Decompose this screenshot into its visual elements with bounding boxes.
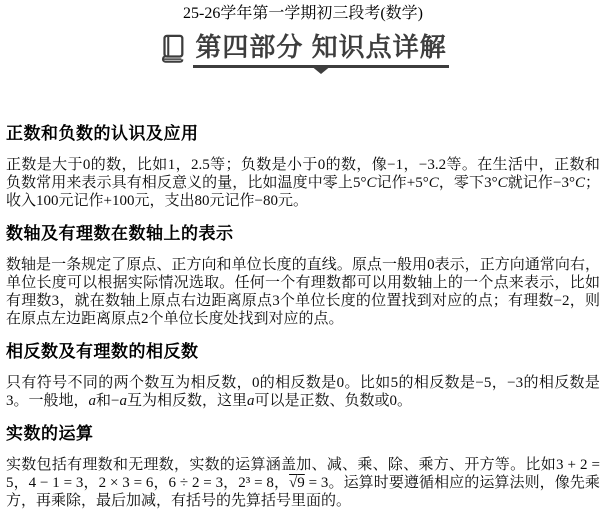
text-run: 实数包括有理数和无理数，实数的运算涵盖加、减、乘、除、乘方、开方等。比如 bbox=[6, 457, 556, 473]
math-run: 2 bbox=[141, 311, 149, 327]
knowledge-points-content: 正数和负数的认识及应用 正数是大于0的数，比如1，2.5等；负数是小于0的数，像… bbox=[6, 125, 600, 510]
text-run: 的数，像 bbox=[325, 157, 387, 173]
math-run: 2.5 bbox=[191, 157, 210, 173]
text-run: ， bbox=[223, 475, 238, 491]
math-run: 100 bbox=[36, 193, 59, 209]
text-run: ， bbox=[274, 475, 289, 491]
text-run: 的相反数是 bbox=[523, 375, 600, 391]
math-run: +100 bbox=[104, 193, 135, 209]
math-run: −2 bbox=[554, 293, 570, 309]
math-run: a bbox=[120, 393, 128, 409]
math-run: +5° bbox=[407, 175, 429, 191]
math-run: 2 × 3 = 6 bbox=[99, 475, 154, 491]
text-run: ，零下 bbox=[439, 175, 484, 191]
document-page: 25-26学年第一学期初三段考(数学) 第四部分 知识点详解 正数和负数的认识及… bbox=[0, 0, 606, 511]
math-run: −5 bbox=[475, 375, 491, 391]
math-run: − bbox=[111, 393, 119, 409]
section-heading: 正数和负数的认识及应用 bbox=[6, 125, 600, 143]
text-run: 数轴是一条规定了原点、正方向和单位长度的直线。原点一般用 bbox=[6, 257, 427, 273]
section-heading: 实数的运算 bbox=[6, 425, 600, 443]
math-run: 3 bbox=[52, 293, 60, 309]
math-run: a bbox=[247, 393, 255, 409]
down-triangle-icon bbox=[310, 65, 332, 74]
math-run: 80 bbox=[195, 193, 210, 209]
math-run: 3 bbox=[272, 293, 280, 309]
text-run: ， bbox=[14, 475, 29, 491]
section-opposite-numbers: 相反数及有理数的相反数 只有符号不同的两个数互为相反数，0的相反数是0。比如5的… bbox=[6, 343, 600, 410]
text-run: 和 bbox=[96, 393, 111, 409]
book-icon bbox=[157, 33, 187, 65]
text-run: 正数是大于 bbox=[6, 157, 83, 173]
text-run: 等；负数是小于 bbox=[210, 157, 318, 173]
part-header: 第四部分 知识点详解 bbox=[6, 32, 600, 68]
math-run: 4 − 1 = 3 bbox=[29, 475, 84, 491]
math-run: = 3 bbox=[305, 475, 329, 491]
text-run: 元，支出 bbox=[135, 193, 195, 209]
section-paragraph: 实数包括有理数和无理数，实数的运算涵盖加、减、乘、除、乘方、开方等。比如3 + … bbox=[6, 456, 600, 510]
text-run: 元记作 bbox=[210, 193, 255, 209]
math-run: C bbox=[575, 175, 585, 191]
section-heading: 数轴及有理数在数轴上的表示 bbox=[6, 225, 600, 243]
math-run: a bbox=[89, 393, 97, 409]
text-run: 可以是正数、负数或 bbox=[255, 393, 390, 409]
text-run: 元记作 bbox=[59, 193, 104, 209]
math-run: 9 bbox=[289, 475, 305, 491]
math-run: 3° bbox=[484, 175, 498, 191]
math-run: 6 ÷ 2 = 3 bbox=[169, 475, 224, 491]
math-run: −3.2 bbox=[419, 157, 446, 173]
part-title-block: 第四部分 知识点详解 bbox=[193, 32, 448, 68]
section-paragraph: 正数是大于0的数，比如1，2.5等；负数是小于0的数，像−1，−3.2等。在生活… bbox=[6, 156, 600, 210]
text-run: 个单位长度的位置找到对应的点；有理数 bbox=[280, 293, 554, 309]
doc-title: 25-26学年第一学期初三段考(数学) bbox=[6, 4, 600, 23]
text-run: 互为相反数，这里 bbox=[127, 393, 247, 409]
math-run: 5° bbox=[353, 175, 367, 191]
text-run: 的数，比如 bbox=[90, 157, 167, 173]
text-run: 。一般地， bbox=[14, 393, 89, 409]
text-run: 元。 bbox=[278, 193, 308, 209]
math-run: C bbox=[498, 175, 508, 191]
text-run: ， bbox=[153, 475, 168, 491]
text-run: 的相反数是 bbox=[398, 375, 475, 391]
section-positive-negative-numbers: 正数和负数的认识及应用 正数是大于0的数，比如1，2.5等；负数是小于0的数，像… bbox=[6, 125, 600, 210]
text-run: 的相反数是 bbox=[259, 375, 336, 391]
section-heading: 相反数及有理数的相反数 bbox=[6, 343, 600, 361]
text-run: ， bbox=[83, 475, 98, 491]
text-run: ， bbox=[491, 375, 507, 391]
text-run: 。 bbox=[397, 393, 412, 409]
text-run: ， bbox=[175, 157, 191, 173]
text-run: 记作 bbox=[377, 175, 407, 191]
math-run: −1 bbox=[387, 157, 403, 173]
math-run: C bbox=[429, 175, 439, 191]
text-run: 只有符号不同的两个数互为相反数， bbox=[6, 375, 252, 391]
text-run: ， bbox=[403, 157, 419, 173]
math-run: 2³ = 8 bbox=[238, 475, 274, 491]
section-paragraph: 只有符号不同的两个数互为相反数，0的相反数是0。比如5的相反数是−5，−3的相反… bbox=[6, 374, 600, 410]
text-run: ，就在数轴上原点右边距离原点 bbox=[59, 293, 272, 309]
math-run: 0 bbox=[427, 257, 435, 273]
section-paragraph: 数轴是一条规定了原点、正方向和单位长度的直线。原点一般用0表示，正方向通常向右，… bbox=[6, 256, 600, 328]
text-run: 个单位长度处找到对应的点。 bbox=[149, 311, 344, 327]
part-title: 第四部分 知识点详解 bbox=[195, 32, 446, 62]
math-run: −3 bbox=[507, 375, 523, 391]
math-run: 0 bbox=[390, 393, 398, 409]
section-real-number-operations: 实数的运算 实数包括有理数和无理数，实数的运算涵盖加、减、乘、除、乘方、开方等。… bbox=[6, 425, 600, 510]
math-run: 3 bbox=[6, 393, 14, 409]
section-number-line: 数轴及有理数在数轴上的表示 数轴是一条规定了原点、正方向和单位长度的直线。原点一… bbox=[6, 225, 600, 328]
math-run: −3° bbox=[553, 175, 575, 191]
text-run: 。比如 bbox=[344, 375, 390, 391]
text-run: 就记作 bbox=[508, 175, 553, 191]
math-run: −80 bbox=[255, 193, 278, 209]
math-run: C bbox=[366, 175, 376, 191]
